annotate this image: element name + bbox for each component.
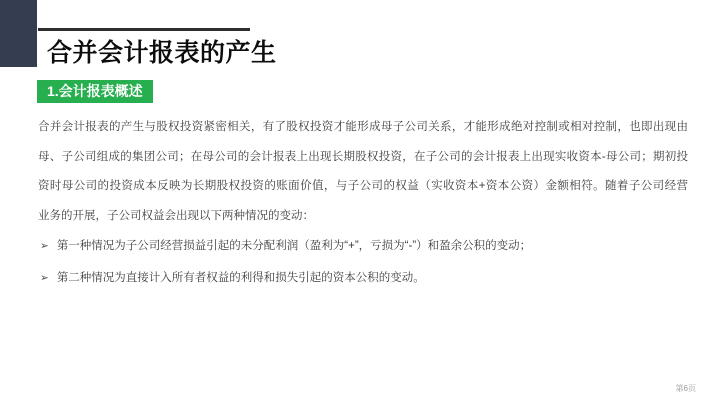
page-title: 合并会计报表的产生 xyxy=(47,33,277,69)
bullet-text: 第二种情况为直接计入所有者权益的利得和损失引起的资本公积的变动。 xyxy=(57,271,700,286)
bullet-item: ➢ 第二种情况为直接计入所有者权益的利得和损失引起的资本公积的变动。 xyxy=(40,271,700,286)
bullet-item: ➢ 第一种情况为子公司经营损益引起的未分配利润（盈利为“+”，亏损为“-”）和盈… xyxy=(40,239,700,254)
paragraph-line: 资时母公司的投资成本反映为长期股权投资的账面价值，与子公司的权益（实收资本+资本… xyxy=(38,172,688,202)
slide: 合并会计报表的产生 1.会计报表概述 合并会计报表的产生与股权投资紧密相关，有了… xyxy=(0,0,720,405)
arrow-bullet-icon: ➢ xyxy=(40,271,49,286)
arrow-bullet-icon: ➢ xyxy=(40,239,49,254)
page-number: 第6页 xyxy=(676,383,696,394)
bullet-text: 第一种情况为子公司经营损益引起的未分配利润（盈利为“+”，亏损为“-”）和盈余公… xyxy=(57,239,700,254)
section-badge: 1.会计报表概述 xyxy=(37,80,153,103)
corner-accent-block xyxy=(0,0,37,67)
paragraph-line: 合并会计报表的产生与股权投资紧密相关，有了股权投资才能形成母子公司关系，才能形成… xyxy=(38,113,688,143)
paragraph-line: 业务的开展，子公司权益会出现以下两种情况的变动： xyxy=(38,202,688,232)
title-divider-line xyxy=(38,28,250,31)
paragraph-line: 母、子公司组成的集团公司；在母公司的会计报表上出现长期股权投资，在子公司的会计报… xyxy=(38,143,688,173)
body-paragraph: 合并会计报表的产生与股权投资紧密相关，有了股权投资才能形成母子公司关系，才能形成… xyxy=(38,113,688,231)
